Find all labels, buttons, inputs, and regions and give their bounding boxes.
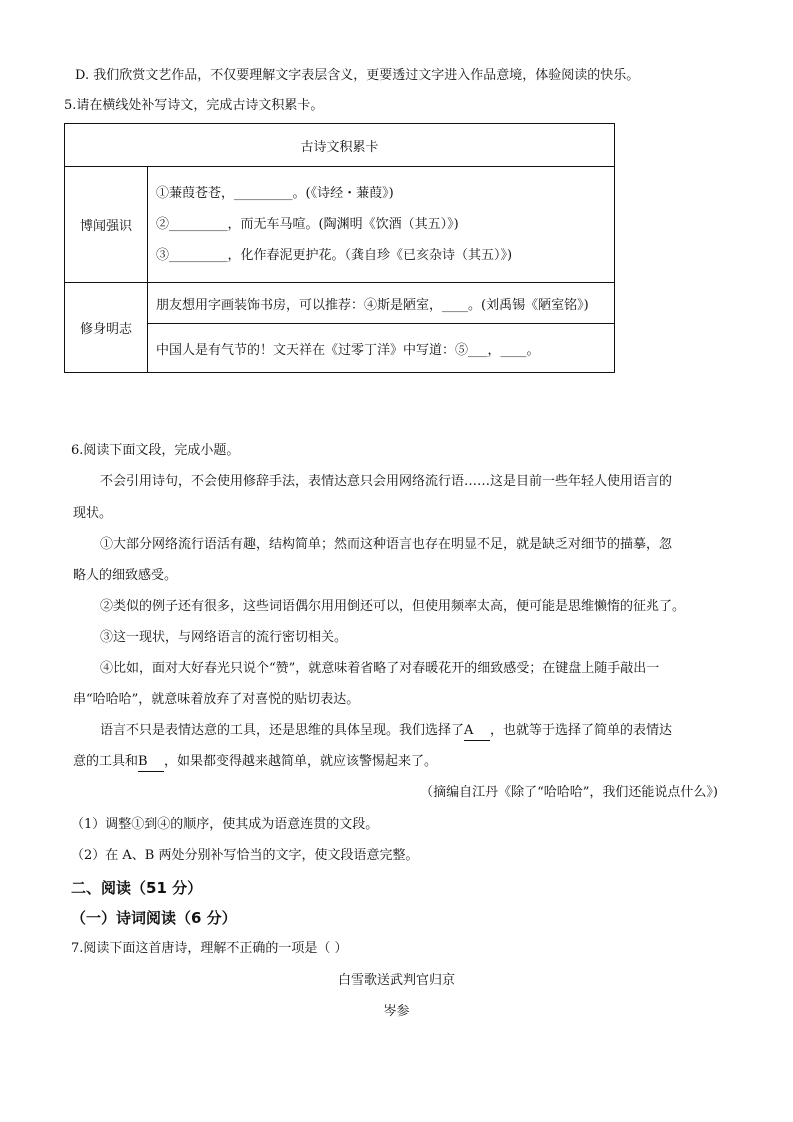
poem-fill-item-2[interactable]: ②_________，而无车马喧。(陶渊明《饮酒（其五）》) bbox=[156, 209, 614, 240]
passage-intro-line-1: 不会引用诗句，不会使用修辞手法，表情达意只会用网络流行语……这是目前一些年轻人使… bbox=[100, 473, 672, 491]
blank-b[interactable]: B bbox=[138, 753, 164, 772]
poem-fill-item-1[interactable]: ①蒹葭苍苍，_________。(《诗经・蒹葭》) bbox=[156, 178, 614, 209]
blank-a[interactable]: A bbox=[464, 722, 490, 741]
conclusion-text-2a: 意的工具和 bbox=[73, 754, 138, 769]
conclusion-text-1b: ，也就等于选择了简单的表情达 bbox=[490, 723, 672, 738]
poem-fill-item-3[interactable]: ③_________，化作春泥更护花。（龚自珍《已亥杂诗（其五）》) bbox=[156, 240, 614, 271]
question-7-prompt: 7.阅读下面这首唐诗，理解不正确的一项是（ ） bbox=[71, 940, 348, 958]
poetry-accumulation-card: 古诗文积累卡 博闻强识 ①蒹葭苍苍，_________。(《诗经・蒹葭》) ②_… bbox=[64, 123, 615, 373]
conclusion-text-1a: 语言不只是表情达意的工具，还是思维的具体呈现。我们选择了 bbox=[100, 723, 464, 738]
question-6-prompt: 6.阅读下面文段，完成小题。 bbox=[71, 442, 239, 460]
sub-question-2: （2）在 A、B 两处分别补写恰当的文字，使文段语意完整。 bbox=[71, 847, 418, 865]
conclusion-line-2: 意的工具和B，如果都变得越来越简单，就应该警惕起来了。 bbox=[73, 753, 437, 772]
option-d-text: D. 我们欣赏文艺作品，不仅要理解文字表层含义，更要透过文字进入作品意境，体验阅… bbox=[75, 67, 639, 85]
sentence-1-line-2: 略人的细致感受。 bbox=[73, 567, 177, 585]
category-broad-knowledge: 博闻强识 bbox=[65, 167, 148, 283]
poem-author: 岑参 bbox=[0, 1003, 793, 1021]
sentence-1-line-1: ①大部分网络流行语活有趣，结构简单；然而这种语言也存在明显不足，就是缺乏对细节的… bbox=[100, 536, 672, 554]
card-title: 古诗文积累卡 bbox=[65, 124, 615, 167]
poem-title: 白雪歌送武判官归京 bbox=[0, 972, 793, 990]
poem-fill-item-5[interactable]: 中国人是有气节的！文天祥在《过零丁洋》中写道：⑤___，____。 bbox=[148, 324, 615, 373]
category-self-cultivation: 修身明志 bbox=[65, 283, 148, 373]
sentence-4-line-1: ④比如，面对大好春光只说个“赞”，就意味着省略了对春暖花开的细致感受；在键盘上随… bbox=[100, 660, 659, 678]
poem-fill-item-4[interactable]: 朋友想用字画装饰书房，可以推荐：④斯是陋室，____。(刘禹锡《陋室铭》) bbox=[148, 283, 615, 324]
sub-question-1: （1）调整①到④的顺序，使其成为语意连贯的文段。 bbox=[71, 816, 378, 834]
sentence-4-line-2: 串“哈哈哈”，就意味着放弃了对喜悦的贴切表达。 bbox=[73, 691, 359, 709]
passage-source: （摘编自江丹《除了“哈哈哈”，我们还能说点什么》) bbox=[420, 784, 718, 802]
section-2-heading: 二、阅读（51 分） bbox=[71, 877, 202, 898]
section-2-subheading: （一）诗词阅读（6 分） bbox=[71, 907, 237, 928]
passage-intro-line-2: 现状。 bbox=[73, 505, 112, 523]
sentence-3: ③这一现状，与网络语言的流行密切相关。 bbox=[100, 629, 347, 647]
sentence-2: ②类似的例子还有很多，这些词语偶尔用用倒还可以，但使用频率太高，便可能是思维懒惰… bbox=[100, 598, 685, 616]
conclusion-text-2b: ，如果都变得越来越简单，就应该警惕起来了。 bbox=[164, 754, 437, 769]
broad-knowledge-items: ①蒹葭苍苍，_________。(《诗经・蒹葭》) ②_________，而无车… bbox=[148, 167, 615, 283]
conclusion-line-1: 语言不只是表情达意的工具，还是思维的具体呈现。我们选择了A，也就等于选择了简单的… bbox=[100, 722, 672, 741]
question-5-prompt: 5.请在横线处补写诗文，完成古诗文积累卡。 bbox=[64, 97, 323, 115]
